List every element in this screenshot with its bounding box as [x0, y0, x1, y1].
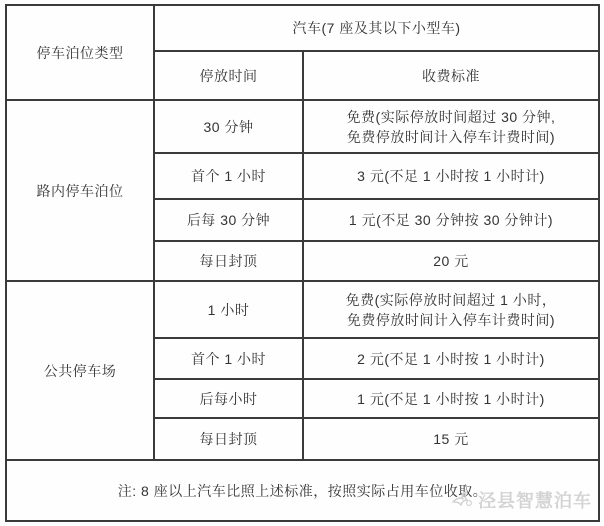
- fee-cell: 20 元: [303, 241, 599, 281]
- section-label-on-street-parking: 路内停车泊位: [6, 100, 154, 281]
- fee-cell: 1 元(不足 1 小时按 1 小时计): [303, 379, 599, 418]
- header-vehicle-category: 汽车(7 座及其以下小型车): [154, 5, 599, 51]
- table-row: 路内停车泊位 30 分钟 免费(实际停放时间超过 30 分钟, 免费停放时间计入…: [6, 100, 599, 153]
- footnote-cell: 注: 8 座以上汽车比照上述标准，按照实际占用车位收取。 泾县智慧泊车: [6, 460, 599, 521]
- brand-watermark-label: 泾县智慧泊车: [478, 491, 592, 511]
- header-parking-time: 停放时间: [154, 51, 303, 100]
- time-cell: 后每小时: [154, 379, 303, 418]
- footnote-text: 注: 8 座以上汽车比照上述标准，按照实际占用车位收取。: [118, 481, 487, 501]
- time-cell: 后每 30 分钟: [154, 199, 303, 241]
- time-cell: 每日封顶: [154, 241, 303, 281]
- fee-cell: 1 元(不足 30 分钟按 30 分钟计): [303, 199, 599, 241]
- time-cell: 1 小时: [154, 281, 303, 338]
- table-row: 公共停车场 1 小时 免费(实际停放时间超过 1 小时， 免费停放时间计入停车计…: [6, 281, 599, 338]
- fee-cell: 2 元(不足 1 小时按 1 小时计): [303, 338, 599, 379]
- header-fee-standard: 收费标准: [303, 51, 599, 100]
- table-row: 注: 8 座以上汽车比照上述标准，按照实际占用车位收取。 泾县智慧泊车: [6, 460, 599, 521]
- table-row: 停车泊位类型 汽车(7 座及其以下小型车): [6, 5, 599, 51]
- parking-fee-table: 停车泊位类型 汽车(7 座及其以下小型车) 停放时间 收费标准 路内停车泊位 3…: [5, 4, 600, 522]
- time-cell: 首个 1 小时: [154, 338, 303, 379]
- section-label-public-parking-lot: 公共停车场: [6, 281, 154, 460]
- time-cell: 首个 1 小时: [154, 153, 303, 199]
- header-parking-type: 停车泊位类型: [6, 5, 154, 100]
- fee-cell: 免费(实际停放时间超过 30 分钟, 免费停放时间计入停车计费时间): [303, 100, 599, 153]
- time-cell: 每日封顶: [154, 418, 303, 460]
- fee-cell: 3 元(不足 1 小时按 1 小时计): [303, 153, 599, 199]
- time-cell: 30 分钟: [154, 100, 303, 153]
- parking-fee-table-container: 停车泊位类型 汽车(7 座及其以下小型车) 停放时间 收费标准 路内停车泊位 3…: [5, 4, 598, 520]
- fee-cell: 15 元: [303, 418, 599, 460]
- fee-cell: 免费(实际停放时间超过 1 小时， 免费停放时间计入停车计费时间): [303, 281, 599, 338]
